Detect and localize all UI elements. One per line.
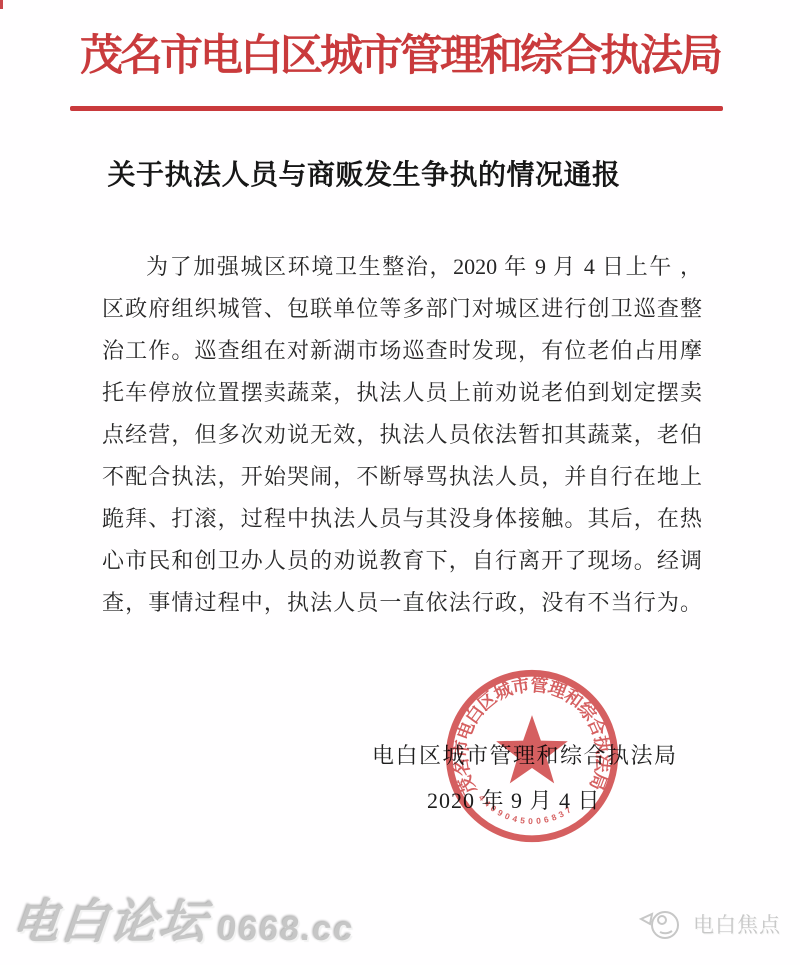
forum-watermark: 电白论坛 0668.cc bbox=[9, 896, 358, 950]
body-line: 点经营，但多次劝说无效，执法人员依法暂扣其蔬菜，老伯 bbox=[102, 414, 702, 456]
forum-watermark-url: 0668.cc bbox=[215, 912, 356, 950]
notice-body: 为了加强城区环境卫生整治，2020 年 9 月 4 日上午 ， 区政府组织城管、… bbox=[102, 246, 702, 624]
media-watermark-label: 电白焦点 bbox=[693, 909, 781, 939]
body-line: 为了加强城区环境卫生整治，2020 年 9 月 4 日上午 ， bbox=[102, 246, 702, 288]
body-line: 跪拜、打滚，过程中执法人员与其没身体接触。其后，在热 bbox=[102, 498, 702, 540]
media-watermark: 电白焦点 bbox=[638, 906, 781, 942]
forum-watermark-text: 电白论坛 bbox=[9, 896, 211, 950]
body-line: 治工作。巡查组在对新湖市场巡查时发现，有位老伯占用摩 bbox=[102, 330, 702, 372]
seal-star-icon bbox=[496, 715, 568, 783]
agency-header: 茂名市电白区城市管理和综合执法局 bbox=[0, 28, 800, 86]
body-line: 区政府组织城管、包联单位等多部门对城区进行创卫巡查整 bbox=[102, 288, 702, 330]
body-line: 不配合执法，开始哭闹，不断辱骂执法人员，并自行在地上 bbox=[102, 456, 702, 498]
notice-document: 茂名市电白区城市管理和综合执法局 关于执法人员与商贩发生争执的情况通报 为了加强… bbox=[0, 0, 800, 965]
header-rule bbox=[70, 106, 723, 111]
scan-edge-artifact bbox=[0, 0, 3, 9]
body-line: 查，事情过程中，执法人员一直依法行政，没有不当行为。 bbox=[102, 582, 702, 624]
body-line: 托车停放位置摆卖蔬菜，执法人员上前劝说老伯到划定摆卖 bbox=[102, 372, 702, 414]
seal-serial-number: 4409045006837 bbox=[477, 793, 574, 826]
fish-logo-icon bbox=[638, 906, 684, 942]
official-seal: 茂名市电白区城市管理和综合执法局 4409045006837 bbox=[443, 667, 621, 845]
body-line: 心市民和创卫办人员的劝说教育下，自行离开了现场。经调 bbox=[102, 540, 702, 582]
notice-title: 关于执法人员与商贩发生争执的情况通报 bbox=[0, 153, 728, 193]
